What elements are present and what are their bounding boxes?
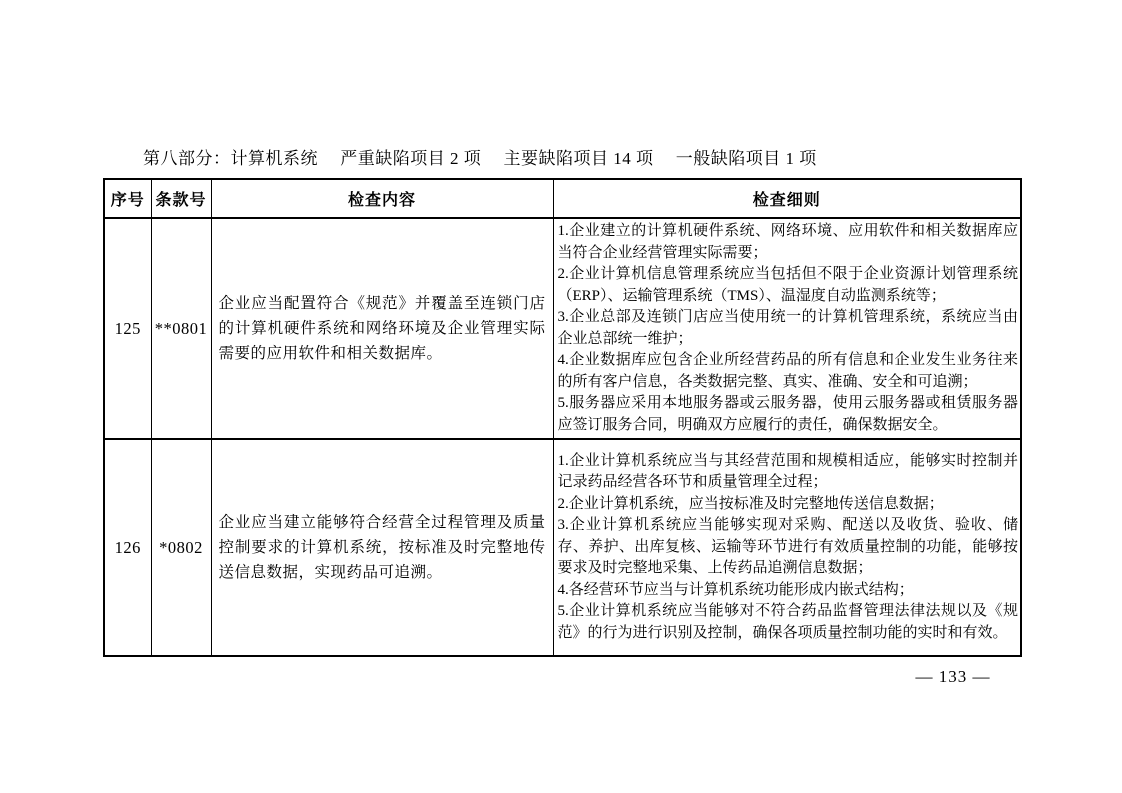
detail-item: 5.服务器应采用本地服务器或云服务器，使用云服务器或租赁服务器应签订服务合同，明… <box>558 393 1019 436</box>
detail-item: 5.企业计算机系统应当能够对不符合药品监督管理法律法规以及《规范》的行为进行识别… <box>558 601 1019 644</box>
detail-item: 3.企业计算机系统应当能够实现对采购、配送以及收货、验收、储存、养护、出库复核、… <box>558 515 1019 580</box>
header-clause: 条款号 <box>151 179 211 218</box>
serial-number: 126 <box>104 439 151 656</box>
detail-item: 3.企业总部及连锁门店应当使用统一的计算机管理系统，系统应当由企业总部统一维护； <box>558 307 1019 350</box>
clause-number: **0801 <box>151 218 211 439</box>
detail-item: 4.企业数据库应包含企业所经营药品的所有信息和企业发生业务往来的所有客户信息，各… <box>558 350 1019 393</box>
page-number: — 133 — <box>898 667 1008 687</box>
detail-item: 2.企业计算机系统，应当按标准及时完整地传送信息数据； <box>558 494 1019 516</box>
page-title: 第八部分：计算机系统 严重缺陷项目 2 项 主要缺陷项目 14 项 一般缺陷项目… <box>143 147 817 171</box>
inspection-content-cell: 企业应当建立能够符合经营全过程管理及质量控制要求的计算机系统，按标准及时完整地传… <box>211 439 553 656</box>
serial-number: 125 <box>104 218 151 439</box>
inspection-details-cell: 1.企业建立的计算机硬件系统、网络环境、应用软件和相关数据库应当符合企业经营管理… <box>553 218 1021 439</box>
table-row: 125 **0801 企业应当配置符合《规范》并覆盖至连锁门店的计算机硬件系统和… <box>104 218 1021 439</box>
header-serial: 序号 <box>104 179 151 218</box>
detail-item: 2.企业计算机信息管理系统应当包括但不限于企业资源计划管理系统（ERP）、运输管… <box>558 264 1019 307</box>
detail-item: 4.各经营环节应当与计算机系统功能形成内嵌式结构； <box>558 580 1019 602</box>
detail-item: 1.企业建立的计算机硬件系统、网络环境、应用软件和相关数据库应当符合企业经营管理… <box>558 221 1019 264</box>
inspection-details-cell: 1.企业计算机系统应当与其经营范围和规模相适应，能够实时控制并记录药品经营各环节… <box>553 439 1021 656</box>
header-details: 检查细则 <box>553 179 1021 218</box>
inspection-content-text: 企业应当配置符合《规范》并覆盖至连锁门店的计算机硬件系统和网络环境及企业管理实际… <box>219 291 546 366</box>
detail-item: 1.企业计算机系统应当与其经营范围和规模相适应，能够实时控制并记录药品经营各环节… <box>558 451 1019 494</box>
table-header-row: 序号 条款号 检查内容 检查细则 <box>104 179 1021 218</box>
inspection-content-text: 企业应当建立能够符合经营全过程管理及质量控制要求的计算机系统，按标准及时完整地传… <box>219 510 546 585</box>
inspection-content-cell: 企业应当配置符合《规范》并覆盖至连锁门店的计算机硬件系统和网络环境及企业管理实际… <box>211 218 553 439</box>
document-page: 第八部分：计算机系统 严重缺陷项目 2 项 主要缺陷项目 14 项 一般缺陷项目… <box>0 0 1122 793</box>
inspection-table: 序号 条款号 检查内容 检查细则 125 **0801 企业应当配置符合《规范》… <box>103 178 1022 657</box>
table-row: 126 *0802 企业应当建立能够符合经营全过程管理及质量控制要求的计算机系统… <box>104 439 1021 656</box>
clause-number: *0802 <box>151 439 211 656</box>
header-content: 检查内容 <box>211 179 553 218</box>
